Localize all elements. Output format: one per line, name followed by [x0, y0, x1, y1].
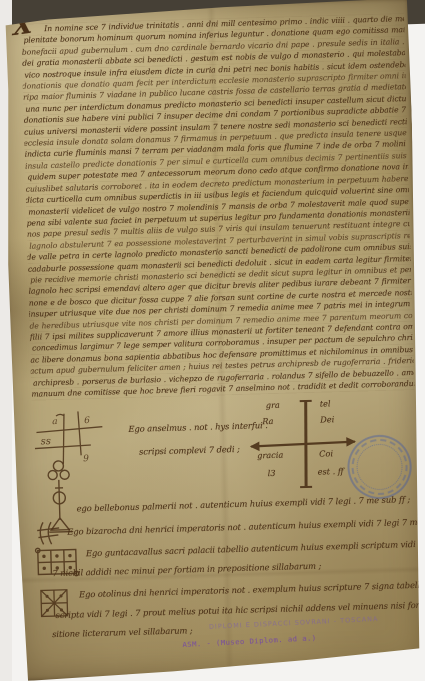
signature-bizarocha-line1: Ego bizarocha dni henrici imperatoris no… — [67, 515, 425, 537]
svg-text:ss: ss — [41, 436, 52, 447]
signature-guntacavallus-line1: Ego guntacavallus sacri palacii tabellio… — [86, 535, 425, 558]
svg-text:6: 6 — [84, 416, 90, 426]
manuscript-photo: X In nomine sce 7 individue trinitatis .… — [0, 0, 425, 681]
pencil-annotation: DIPLOMI E DISPACCI SOVRANI - TOSCANA — [209, 613, 425, 631]
cross-motto-tr-top: tel — [320, 398, 331, 408]
cross-motto-bl-bottom: l3 — [268, 468, 276, 478]
svg-text:a: a — [52, 417, 58, 427]
benediction-cross: gra Ra tel Dei gracia l3 Coi est . ff — [244, 395, 363, 494]
cross-motto-tr-bottom: Dei — [320, 414, 334, 424]
cross-motto-br-bottom: est . ff — [318, 466, 344, 477]
signature-otolinus-line3: sitione licterarum vel sillabarum ; — [52, 625, 193, 639]
signature-bellebonus-line1: ego bellebonus palmerii not . autenticum… — [76, 494, 410, 513]
cross-motto-tl-top: gra — [266, 400, 280, 410]
manuscript-text: In nomine sce 7 individue trinitatis . a… — [21, 13, 415, 406]
parchment-sheet: X In nomine sce 7 individue trinitatis .… — [0, 0, 425, 681]
bizarocha-flourish-icon — [35, 520, 62, 547]
cross-icon — [244, 395, 363, 494]
archive-annotation: ASM. - (Museo Diplom. ad a.) — [182, 633, 317, 649]
cross-motto-tl-bottom: Ra — [262, 416, 274, 426]
svg-text:9: 9 — [83, 454, 89, 464]
cross-motto-br-top: Coi — [319, 448, 333, 458]
cross-motto-bl-top: gracia — [257, 450, 283, 461]
